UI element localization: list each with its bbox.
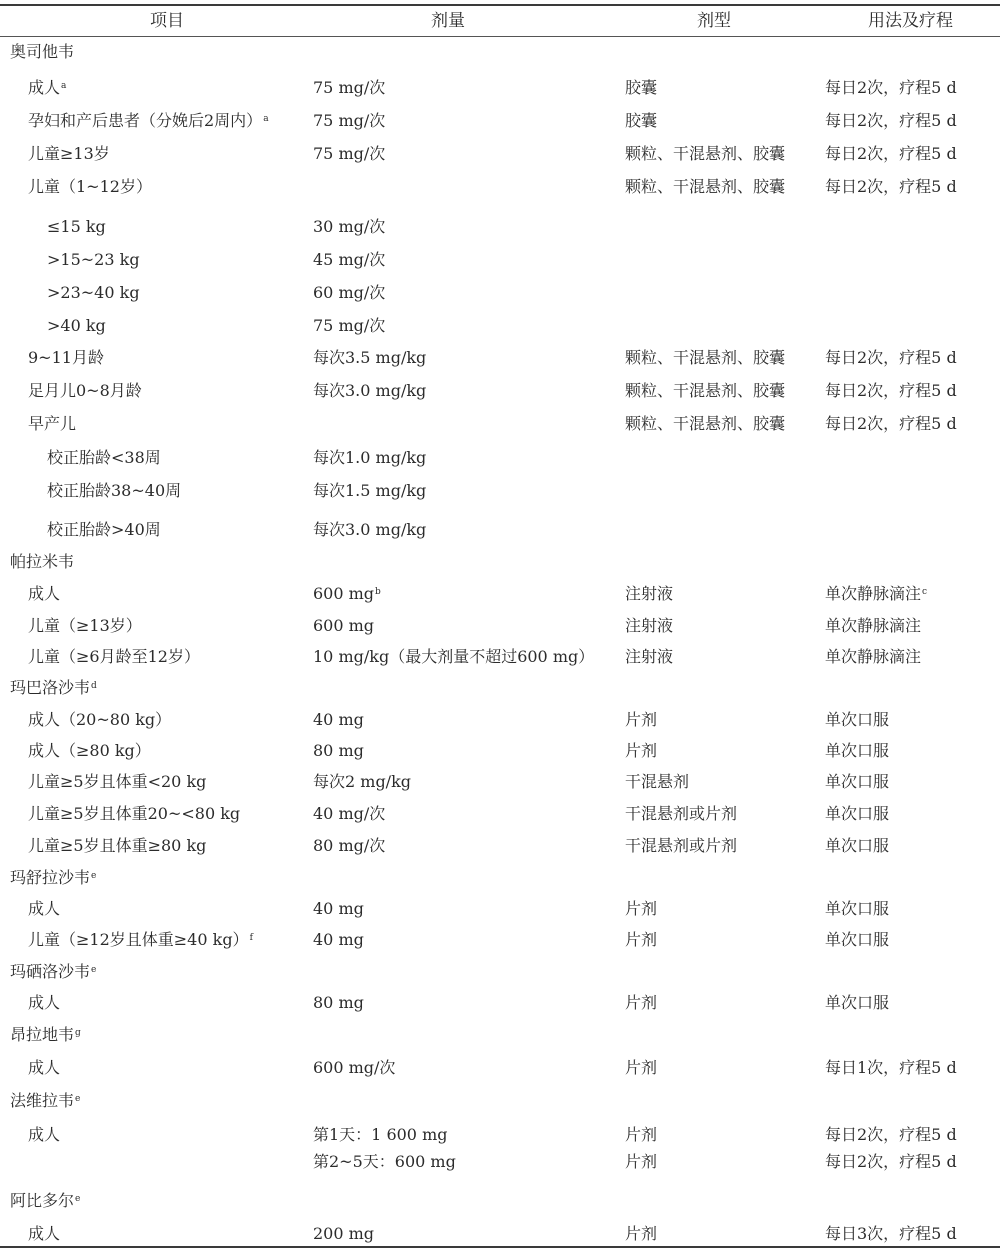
usage-cell-text: 单次口服 (825, 710, 889, 729)
item-cell: 奥司他韦 (10, 40, 74, 64)
form-cell: 注射液 (625, 645, 673, 669)
form-cell-text: 干混悬剂或片剂 (625, 836, 737, 855)
usage-cell: 单次口服 (825, 802, 889, 826)
form-cell: 片剂 (625, 897, 657, 921)
item-cell: 成人 (28, 991, 60, 1015)
table-header-rule (0, 36, 1000, 37)
form-cell: 颗粒、干混悬剂、胶囊 (625, 346, 785, 370)
dose-cell: 80 mg (313, 991, 364, 1015)
item-cell: 校正胎龄38~40周 (47, 479, 181, 503)
item-cell-text: 成人 (28, 1125, 60, 1144)
item-cell: 校正胎龄>40周 (47, 518, 161, 542)
usage-cell: 每日1次，疗程5 d (825, 1056, 957, 1080)
usage-cell: 单次静脉滴注 (825, 614, 921, 638)
item-cell-text: 成人（≥80 kg） (28, 741, 151, 760)
usage-cell-text: 每日2次，疗程5 d (825, 78, 957, 97)
form-cell: 片剂 (625, 991, 657, 1015)
item-cell: 阿比多尔e (10, 1189, 80, 1213)
usage-cell-text: 每日3次，疗程5 d (825, 1224, 957, 1243)
table-row: 儿童≥5岁且体重≥80 kg80 mg/次干混悬剂或片剂单次口服 (0, 834, 1000, 858)
form-cell-text: 干混悬剂或片剂 (625, 804, 737, 823)
dose-cell-text: 80 mg (313, 993, 364, 1012)
dose-cell-text: 每次2 mg/kg (313, 772, 411, 791)
dose-cell-text: 600 mg (313, 616, 374, 635)
usage-cell-text: 每日2次，疗程5 d (825, 111, 957, 130)
form-cell: 片剂 (625, 1123, 657, 1147)
usage-cell-text: 单次口服 (825, 993, 889, 1012)
item-cell: 成人a (28, 76, 66, 100)
item-cell: 成人 (28, 1056, 60, 1080)
header-usage: 用法及疗程 (868, 10, 953, 32)
usage-cell-text: 每日1次，疗程5 d (825, 1058, 957, 1077)
usage-cell: 单次口服 (825, 897, 889, 921)
form-cell-text: 胶囊 (625, 111, 657, 130)
dose-cell: 40 mg (313, 928, 364, 952)
item-cell-text: 成人（20~80 kg） (28, 710, 171, 729)
dose-cell-text: 75 mg/次 (313, 316, 385, 335)
item-cell: ≤15 kg (47, 215, 106, 239)
dose-cell-text: 80 mg/次 (313, 836, 385, 855)
item-cell-text: 校正胎龄38~40周 (47, 481, 181, 500)
form-cell-text: 颗粒、干混悬剂、胶囊 (625, 348, 785, 367)
table-row: 成人40 mg片剂单次口服 (0, 897, 1000, 921)
item-cell-text: 儿童（≥12岁且体重≥40 kg） (28, 930, 249, 949)
form-cell-text: 颗粒、干混悬剂、胶囊 (625, 381, 785, 400)
item-cell: 儿童≥13岁 (28, 142, 110, 166)
usage-cell-text: 每日2次，疗程5 d (825, 414, 957, 433)
usage-cell-text: 单次口服 (825, 836, 889, 855)
item-cell-text: 儿童≥5岁且体重≥80 kg (28, 836, 206, 855)
form-cell-text: 片剂 (625, 710, 657, 729)
item-cell: 校正胎龄<38周 (47, 446, 161, 470)
item-cell: 足月儿0~8月龄 (28, 379, 142, 403)
dose-cell-text: 30 mg/次 (313, 217, 385, 236)
footnote-marker: d (91, 681, 97, 691)
dose-cell-text: 40 mg (313, 930, 364, 949)
usage-cell: 单次静脉滴注 (825, 645, 921, 669)
table-row: >23~40 kg60 mg/次 (0, 281, 1000, 305)
table-row: 孕妇和产后患者（分娩后2周内）a75 mg/次胶囊每日2次，疗程5 d (0, 109, 1000, 133)
dose-cell-text: 每次3.0 mg/kg (313, 520, 426, 539)
table-row: 9~11月龄每次3.5 mg/kg颗粒、干混悬剂、胶囊每日2次，疗程5 d (0, 346, 1000, 370)
item-cell-text: 玛巴洛沙韦 (10, 678, 90, 697)
dose-cell: 45 mg/次 (313, 248, 385, 272)
usage-cell: 每日3次，疗程5 d (825, 1222, 957, 1246)
item-cell-text: 玛硒洛沙韦 (10, 962, 90, 981)
item-cell-text: 儿童≥5岁且体重20~<80 kg (28, 804, 240, 823)
usage-cell-text: 单次静脉滴注 (825, 616, 921, 635)
usage-cell-text: 单次静脉滴注 (825, 647, 921, 666)
item-cell: 成人 (28, 582, 60, 606)
dose-cell: 75 mg/次 (313, 76, 385, 100)
dose-cell-text: 60 mg/次 (313, 283, 385, 302)
form-cell-text: 片剂 (625, 1125, 657, 1144)
table-row: 校正胎龄>40周每次3.0 mg/kg (0, 518, 1000, 542)
item-cell: 9~11月龄 (28, 346, 104, 370)
dose-cell: 30 mg/次 (313, 215, 385, 239)
form-cell: 颗粒、干混悬剂、胶囊 (625, 175, 785, 199)
usage-cell: 每日2次，疗程5 d (825, 1123, 957, 1147)
table-row: 儿童（≥13岁）600 mg注射液单次静脉滴注 (0, 614, 1000, 638)
form-cell-text: 片剂 (625, 1224, 657, 1243)
usage-cell-text: 每日2次，疗程5 d (825, 144, 957, 163)
dose-cell: 每次1.5 mg/kg (313, 479, 426, 503)
dose-cell: 每次3.0 mg/kg (313, 379, 426, 403)
item-cell: 玛巴洛沙韦d (10, 676, 97, 700)
form-cell-text: 片剂 (625, 899, 657, 918)
item-cell: >40 kg (47, 314, 106, 338)
dose-cell: 40 mg/次 (313, 802, 385, 826)
usage-cell-text: 每日2次，疗程5 d (825, 177, 957, 196)
footnote-marker: e (91, 965, 96, 975)
table-row: 足月儿0~8月龄每次3.0 mg/kg颗粒、干混悬剂、胶囊每日2次，疗程5 d (0, 379, 1000, 403)
dose-cell-text: 80 mg (313, 741, 364, 760)
item-cell: 玛舒拉沙韦e (10, 866, 96, 890)
item-cell: 儿童（≥13岁） (28, 614, 142, 638)
usage-cell-text: 单次口服 (825, 804, 889, 823)
table-top-rule (0, 4, 1000, 6)
item-cell: 法维拉韦e (10, 1089, 80, 1113)
form-cell-text: 片剂 (625, 741, 657, 760)
item-cell-text: ≤15 kg (47, 217, 106, 236)
item-cell-text: 成人 (28, 993, 60, 1012)
form-cell: 片剂 (625, 1222, 657, 1246)
drug-group-row: 玛硒洛沙韦e (0, 960, 1000, 984)
drug-group-row: 昂拉地韦g (0, 1023, 1000, 1047)
dose-cell: 第1天：1 600 mg (313, 1123, 448, 1147)
dose-cell-text: 75 mg/次 (313, 144, 385, 163)
usage-cell: 单次口服 (825, 739, 889, 763)
table-row: 成人a75 mg/次胶囊每日2次，疗程5 d (0, 76, 1000, 100)
item-cell: 帕拉米韦 (10, 550, 74, 574)
item-cell: >15~23 kg (47, 248, 140, 272)
dose-cell: 600 mgb (313, 582, 381, 606)
table-row: 校正胎龄38~40周每次1.5 mg/kg (0, 479, 1000, 503)
item-cell-text: 儿童（≥13岁） (28, 616, 142, 635)
form-cell-text: 颗粒、干混悬剂、胶囊 (625, 414, 785, 433)
dose-cell: 75 mg/次 (313, 109, 385, 133)
item-cell-text: 孕妇和产后患者（分娩后2周内） (28, 111, 262, 130)
item-cell: 孕妇和产后患者（分娩后2周内）a (28, 109, 269, 133)
item-cell-text: 校正胎龄<38周 (47, 448, 161, 467)
usage-cell-text: 每日2次，疗程5 d (825, 381, 957, 400)
footnote-marker: c (922, 587, 927, 597)
table-row: 儿童（1~12岁）颗粒、干混悬剂、胶囊每日2次，疗程5 d (0, 175, 1000, 199)
table-row: 成人（20~80 kg）40 mg片剂单次口服 (0, 708, 1000, 732)
dose-cell-text: 75 mg/次 (313, 111, 385, 130)
dose-cell: 600 mg/次 (313, 1056, 395, 1080)
table-bottom-rule (0, 1246, 1000, 1248)
item-cell: 成人（20~80 kg） (28, 708, 171, 732)
item-cell-text: 昂拉地韦 (10, 1025, 74, 1044)
dose-cell-text: 45 mg/次 (313, 250, 385, 269)
usage-cell: 单次口服 (825, 834, 889, 858)
item-cell-text: 阿比多尔 (10, 1191, 74, 1210)
drug-group-row: 帕拉米韦 (0, 550, 1000, 574)
dose-cell: 75 mg/次 (313, 314, 385, 338)
item-cell-text: 成人 (28, 584, 60, 603)
dose-cell: 80 mg/次 (313, 834, 385, 858)
usage-cell: 单次口服 (825, 991, 889, 1015)
item-cell: 成人（≥80 kg） (28, 739, 151, 763)
item-cell: 早产儿 (28, 412, 76, 436)
table-row: 儿童≥5岁且体重<20 kg每次2 mg/kg干混悬剂单次口服 (0, 770, 1000, 794)
usage-cell-text: 单次静脉滴注 (825, 584, 921, 603)
footnote-marker: e (75, 1094, 80, 1104)
footnote-marker: e (91, 871, 96, 881)
footnote-marker: a (263, 114, 268, 124)
footnote-marker: f (250, 933, 253, 943)
form-cell: 注射液 (625, 582, 673, 606)
item-cell-text: 儿童（1~12岁） (28, 177, 152, 196)
dose-cell: 每次3.5 mg/kg (313, 346, 426, 370)
item-cell-text: 早产儿 (28, 414, 76, 433)
form-cell-text: 颗粒、干混悬剂、胶囊 (625, 144, 785, 163)
dose-cell-text: 第2~5天：600 mg (313, 1152, 456, 1171)
table-row: 成人80 mg片剂单次口服 (0, 991, 1000, 1015)
form-cell-text: 注射液 (625, 584, 673, 603)
item-cell-text: 儿童（≥6月龄至12岁） (28, 647, 200, 666)
usage-cell: 每日2次，疗程5 d (825, 346, 957, 370)
item-cell-text: >15~23 kg (47, 250, 140, 269)
dose-cell: 75 mg/次 (313, 142, 385, 166)
usage-cell-text: 每日2次，疗程5 d (825, 348, 957, 367)
header-item: 项目 (150, 10, 184, 32)
drug-group-row: 玛舒拉沙韦e (0, 866, 1000, 890)
dose-cell: 60 mg/次 (313, 281, 385, 305)
header-form: 剂型 (697, 10, 731, 32)
usage-cell: 每日2次，疗程5 d (825, 76, 957, 100)
table-row: ≤15 kg30 mg/次 (0, 215, 1000, 239)
table-row: >15~23 kg45 mg/次 (0, 248, 1000, 272)
item-cell-text: 校正胎龄>40周 (47, 520, 161, 539)
dose-cell: 每次1.0 mg/kg (313, 446, 426, 470)
dose-cell: 每次2 mg/kg (313, 770, 411, 794)
drug-group-row: 奥司他韦 (0, 40, 1000, 64)
table-row: 第2~5天：600 mg片剂每日2次，疗程5 d (0, 1150, 1000, 1174)
form-cell: 注射液 (625, 614, 673, 638)
form-cell: 颗粒、干混悬剂、胶囊 (625, 412, 785, 436)
form-cell-text: 注射液 (625, 647, 673, 666)
item-cell-text: 玛舒拉沙韦 (10, 868, 90, 887)
item-cell-text: 9~11月龄 (28, 348, 104, 367)
footnote-marker: g (75, 1028, 81, 1038)
item-cell: 成人 (28, 1222, 60, 1246)
item-cell-text: 儿童≥5岁且体重<20 kg (28, 772, 206, 791)
form-cell: 干混悬剂或片剂 (625, 834, 737, 858)
drug-group-row: 阿比多尔e (0, 1189, 1000, 1213)
table-row: 早产儿颗粒、干混悬剂、胶囊每日2次，疗程5 d (0, 412, 1000, 436)
item-cell: >23~40 kg (47, 281, 140, 305)
dose-cell-text: 75 mg/次 (313, 78, 385, 97)
dose-cell: 600 mg (313, 614, 374, 638)
table-row: 成人第1天：1 600 mg片剂每日2次，疗程5 d (0, 1123, 1000, 1147)
form-cell: 片剂 (625, 1150, 657, 1174)
dose-cell: 40 mg (313, 897, 364, 921)
footnote-marker: e (75, 1194, 80, 1204)
usage-cell: 每日2次，疗程5 d (825, 142, 957, 166)
usage-cell: 每日2次，疗程5 d (825, 109, 957, 133)
item-cell-text: >40 kg (47, 316, 106, 335)
dose-cell-text: 每次1.0 mg/kg (313, 448, 426, 467)
table-row: 成人600 mg/次片剂每日1次，疗程5 d (0, 1056, 1000, 1080)
header-dose: 剂量 (431, 10, 465, 32)
footnote-marker: b (375, 587, 381, 597)
item-cell-text: 奥司他韦 (10, 42, 74, 61)
dose-cell-text: 每次3.0 mg/kg (313, 381, 426, 400)
dose-cell-text: 第1天：1 600 mg (313, 1125, 448, 1144)
form-cell: 片剂 (625, 708, 657, 732)
usage-cell-text: 单次口服 (825, 930, 889, 949)
form-cell-text: 颗粒、干混悬剂、胶囊 (625, 177, 785, 196)
item-cell-text: 帕拉米韦 (10, 552, 74, 571)
item-cell: 儿童（≥12岁且体重≥40 kg）f (28, 928, 253, 952)
item-cell-text: 儿童≥13岁 (28, 144, 110, 163)
item-cell: 成人 (28, 897, 60, 921)
usage-cell: 每日2次，疗程5 d (825, 1150, 957, 1174)
form-cell: 干混悬剂或片剂 (625, 802, 737, 826)
dose-cell-text: 10 mg/kg（最大剂量不超过600 mg） (313, 647, 594, 666)
item-cell-text: 成人 (28, 78, 60, 97)
dose-cell: 第2~5天：600 mg (313, 1150, 456, 1174)
item-cell: 儿童≥5岁且体重≥80 kg (28, 834, 206, 858)
usage-cell: 单次口服 (825, 708, 889, 732)
usage-cell: 单次静脉滴注c (825, 582, 927, 606)
drug-group-row: 玛巴洛沙韦d (0, 676, 1000, 700)
dose-cell: 40 mg (313, 708, 364, 732)
dose-cell-text: 40 mg (313, 710, 364, 729)
usage-cell: 单次口服 (825, 928, 889, 952)
form-cell: 片剂 (625, 1056, 657, 1080)
dose-cell-text: 每次3.5 mg/kg (313, 348, 426, 367)
form-cell-text: 注射液 (625, 616, 673, 635)
drug-group-row: 法维拉韦e (0, 1089, 1000, 1113)
usage-cell: 每日2次，疗程5 d (825, 175, 957, 199)
item-cell-text: 法维拉韦 (10, 1091, 74, 1110)
usage-cell-text: 每日2次，疗程5 d (825, 1152, 957, 1171)
table-row: 校正胎龄<38周每次1.0 mg/kg (0, 446, 1000, 470)
usage-cell: 每日2次，疗程5 d (825, 379, 957, 403)
item-cell: 儿童（1~12岁） (28, 175, 152, 199)
usage-cell-text: 单次口服 (825, 772, 889, 791)
item-cell: 儿童（≥6月龄至12岁） (28, 645, 200, 669)
dose-cell-text: 40 mg (313, 899, 364, 918)
usage-cell-text: 单次口服 (825, 899, 889, 918)
dose-cell-text: 200 mg (313, 1224, 374, 1243)
table-row: 成人（≥80 kg）80 mg片剂单次口服 (0, 739, 1000, 763)
item-cell-text: 成人 (28, 1224, 60, 1243)
usage-cell: 每日2次，疗程5 d (825, 412, 957, 436)
form-cell: 颗粒、干混悬剂、胶囊 (625, 142, 785, 166)
item-cell: 儿童≥5岁且体重20~<80 kg (28, 802, 240, 826)
dose-cell-text: 600 mg (313, 584, 374, 603)
form-cell: 片剂 (625, 739, 657, 763)
dose-cell: 80 mg (313, 739, 364, 763)
table-row: 成人200 mg片剂每日3次，疗程5 d (0, 1222, 1000, 1246)
item-cell: 成人 (28, 1123, 60, 1147)
form-cell-text: 干混悬剂 (625, 772, 689, 791)
footnote-marker: a (61, 81, 66, 91)
table-row: 儿童（≥6月龄至12岁）10 mg/kg（最大剂量不超过600 mg）注射液单次… (0, 645, 1000, 669)
form-cell: 片剂 (625, 928, 657, 952)
form-cell-text: 片剂 (625, 1058, 657, 1077)
dose-cell: 10 mg/kg（最大剂量不超过600 mg） (313, 645, 594, 669)
item-cell-text: 成人 (28, 1058, 60, 1077)
table-row: 儿童（≥12岁且体重≥40 kg）f40 mg片剂单次口服 (0, 928, 1000, 952)
usage-cell: 单次口服 (825, 770, 889, 794)
table-row: >40 kg75 mg/次 (0, 314, 1000, 338)
form-cell-text: 片剂 (625, 993, 657, 1012)
form-cell: 胶囊 (625, 76, 657, 100)
dose-cell-text: 每次1.5 mg/kg (313, 481, 426, 500)
table-row: 儿童≥5岁且体重20~<80 kg40 mg/次干混悬剂或片剂单次口服 (0, 802, 1000, 826)
form-cell-text: 胶囊 (625, 78, 657, 97)
dose-cell: 每次3.0 mg/kg (313, 518, 426, 542)
form-cell-text: 片剂 (625, 930, 657, 949)
item-cell: 昂拉地韦g (10, 1023, 81, 1047)
dose-cell-text: 600 mg/次 (313, 1058, 395, 1077)
item-cell-text: 成人 (28, 899, 60, 918)
usage-cell-text: 单次口服 (825, 741, 889, 760)
dose-cell: 200 mg (313, 1222, 374, 1246)
form-cell: 颗粒、干混悬剂、胶囊 (625, 379, 785, 403)
table-row: 儿童≥13岁75 mg/次颗粒、干混悬剂、胶囊每日2次，疗程5 d (0, 142, 1000, 166)
table-row: 成人600 mgb注射液单次静脉滴注c (0, 582, 1000, 606)
form-cell: 胶囊 (625, 109, 657, 133)
item-cell: 玛硒洛沙韦e (10, 960, 96, 984)
item-cell: 儿童≥5岁且体重<20 kg (28, 770, 206, 794)
item-cell-text: >23~40 kg (47, 283, 140, 302)
dose-cell-text: 40 mg/次 (313, 804, 385, 823)
form-cell-text: 片剂 (625, 1152, 657, 1171)
usage-cell-text: 每日2次，疗程5 d (825, 1125, 957, 1144)
form-cell: 干混悬剂 (625, 770, 689, 794)
item-cell-text: 足月儿0~8月龄 (28, 381, 142, 400)
